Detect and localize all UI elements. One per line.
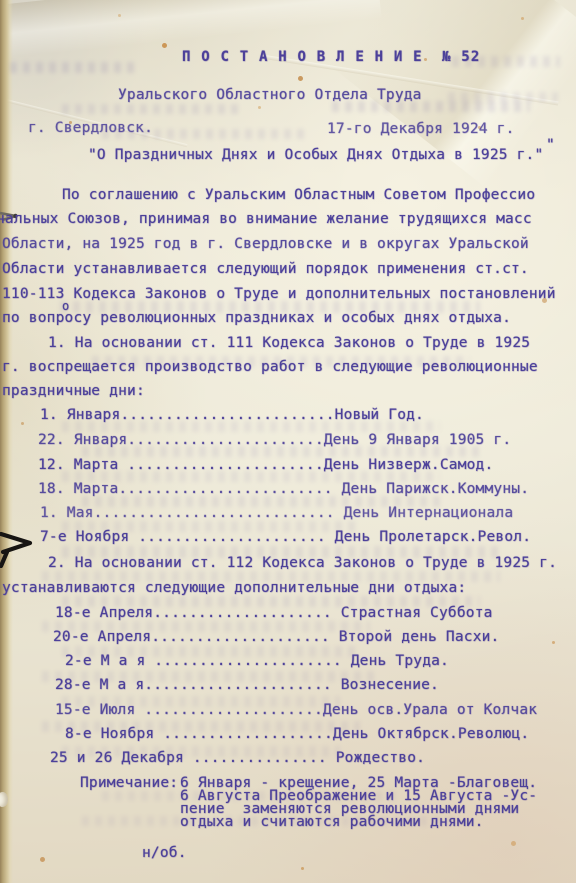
holiday-row: 22. Января......................День 9 Я… xyxy=(38,433,511,448)
document-page: П О С Т А Н О В Л Е Н И Е № 52 Уральског… xyxy=(0,0,576,883)
rest-day-row: 20-е Апреля.................... Второй д… xyxy=(53,630,500,645)
rest-day-row: 8-е Ноября ...................День Октяб… xyxy=(65,727,529,742)
decree-title: П О С Т А Н О В Л Е Н И Е № 52 xyxy=(182,50,481,64)
intro-line: нальных Союзов, принимая во внимание жел… xyxy=(0,212,532,227)
ghost-text-bar xyxy=(10,62,140,73)
holiday-row: 1. Мая........................... День И… xyxy=(40,506,513,521)
rest-day-row: 2-е М а я ..................... День Тру… xyxy=(65,654,449,669)
paper-corner-shading xyxy=(0,0,150,160)
note-label: Примечание: xyxy=(80,776,178,791)
holiday-row: 7-е Ноября ..................... День Пр… xyxy=(40,530,531,545)
foxing-specks xyxy=(0,0,3,3)
intro-line: По соглашению с Уральским Областным Сове… xyxy=(62,188,535,203)
section2-line: 2. На основании ст. 112 Кодекса Законов … xyxy=(48,556,557,571)
issuer-line: Уральского Областного Отдела Труда xyxy=(118,88,422,103)
stray-quote-mark: " xyxy=(546,138,555,153)
subject-line: "О Праздничных Днях и Особых Днях Отдыха… xyxy=(88,148,543,163)
footer-mark: н/об. xyxy=(142,846,187,861)
page-left-edge xyxy=(0,0,13,883)
section2-line: устанавливаются следующие дополнительные… xyxy=(2,581,466,596)
intro-line: Области устанавливается следующий порядо… xyxy=(2,262,529,277)
ghost-text-bar xyxy=(448,92,558,102)
note-line: отдыха и считаются рабочими днями. xyxy=(180,815,484,830)
intro-line: 110-113 Кодекса Законов о Труде и дополн… xyxy=(2,287,556,302)
rest-day-row: 15-е Июля ....................День осв.У… xyxy=(55,703,537,718)
ghost-text-bar xyxy=(62,104,242,114)
intro-line: Области, на 1925 год в г. Свердловске и … xyxy=(2,237,529,252)
section1-line: праздничные дни: xyxy=(2,384,145,399)
holiday-row: 1. Января........................Новый Г… xyxy=(40,408,424,423)
section1-line: 1. На основании ст. 111 Кодекса Законов … xyxy=(48,336,530,351)
holiday-row: 18. Марта........................ День П… xyxy=(38,482,529,497)
holiday-row: 12. Марта ......................День Низ… xyxy=(38,458,493,473)
section1-line: г. воспрещается производство работ в сле… xyxy=(2,360,538,375)
intro-line: по вопросу революционных праздниках и ос… xyxy=(2,311,511,326)
rest-day-row: 18-е Апреля.................... Страстна… xyxy=(55,606,493,621)
paper-tear-nick xyxy=(0,792,8,807)
rest-day-row: 28-е М а я..................... Вознесен… xyxy=(55,678,439,693)
rest-day-row: 25 и 26 Декабря ............... Рождеств… xyxy=(50,751,425,766)
black-pin-icon xyxy=(0,522,42,568)
place-line: г. Свердловск. xyxy=(28,121,153,136)
date-line: 17-го Декабря 1924 г. xyxy=(327,122,515,137)
